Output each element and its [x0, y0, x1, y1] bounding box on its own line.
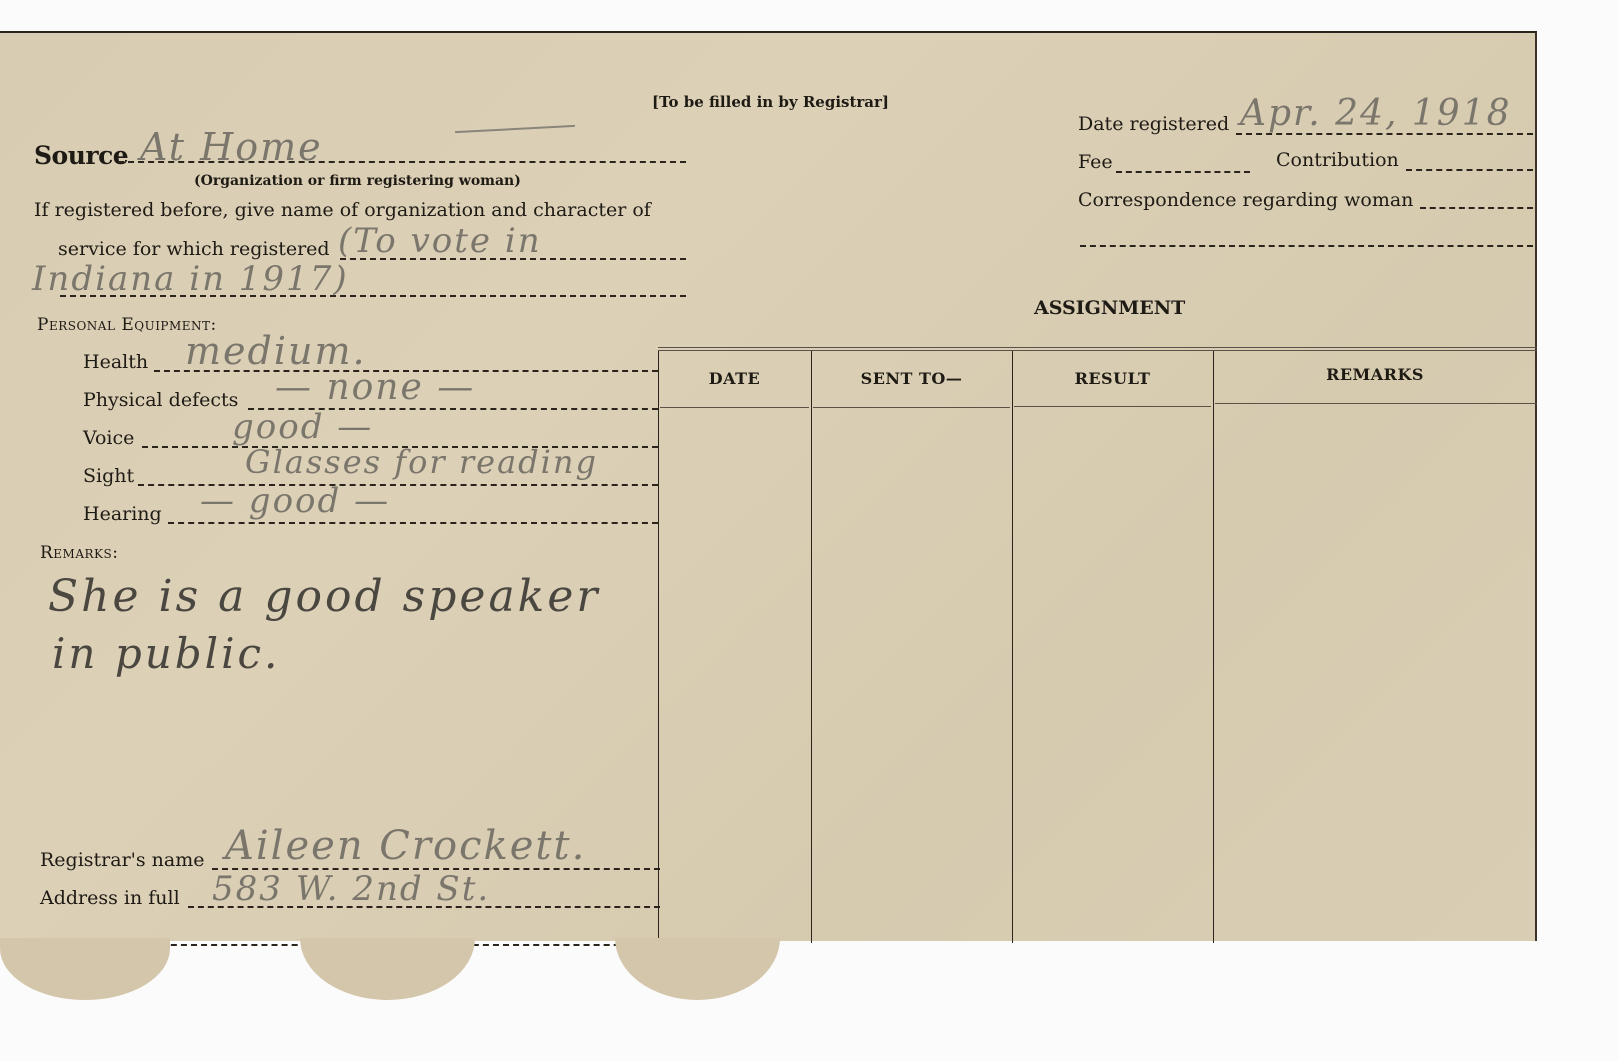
column-divider: [658, 351, 659, 943]
remarks-line-2[interactable]: in public.: [52, 629, 280, 678]
fee-line[interactable]: [1116, 171, 1250, 173]
column-header-sent-to: SENT TO—: [811, 369, 1012, 388]
voice-value[interactable]: good —: [232, 407, 373, 447]
result-cell[interactable]: [1014, 411, 1213, 931]
remarks-cell[interactable]: [1215, 411, 1537, 931]
source-strike: [455, 125, 575, 133]
fee-label: Fee: [1078, 151, 1113, 173]
sight-value[interactable]: Glasses for reading: [245, 443, 598, 481]
registration-card: [To be filled in by Registrar] Source At…: [0, 31, 1537, 941]
physical-defects-value[interactable]: — none —: [275, 367, 475, 408]
card-tab: [615, 938, 780, 1000]
header-rule: [660, 407, 809, 408]
column-header-date: DATE: [658, 369, 811, 388]
assignment-table: DATE SENT TO— RESULT REMARKS: [658, 347, 1537, 943]
correspondence-line-2[interactable]: [1080, 245, 1533, 247]
date-registered-value[interactable]: Apr. 24, 1918: [1240, 93, 1512, 134]
previous-registration-value-1[interactable]: (To vote in: [338, 221, 542, 261]
address-label: Address in full: [40, 887, 180, 909]
previous-registration-label-2: service for which registered: [58, 238, 330, 260]
correspondence-line-1[interactable]: [1420, 207, 1533, 209]
source-label: Source: [34, 141, 128, 170]
date-registered-label: Date registered: [1078, 113, 1229, 135]
assignment-title: ASSIGNMENT: [1034, 297, 1185, 319]
hearing-value[interactable]: — good —: [200, 481, 390, 521]
source-value[interactable]: At Home: [140, 125, 323, 169]
previous-registration-label-1: If registered before, give name of organ…: [34, 199, 651, 221]
source-caption: (Organization or firm registering woman): [194, 173, 521, 189]
date-cell[interactable]: [660, 411, 811, 931]
contribution-line[interactable]: [1406, 169, 1533, 171]
card-tab: [300, 938, 475, 1000]
column-header-remarks: REMARKS: [1213, 365, 1537, 384]
sight-label: Sight: [83, 465, 134, 487]
column-header-result: RESULT: [1012, 369, 1213, 388]
registrar-name-label: Registrar's name: [40, 849, 205, 871]
header-rule: [1215, 403, 1537, 404]
health-label: Health: [83, 351, 148, 373]
header-rule: [813, 407, 1010, 408]
remarks-heading: Remarks:: [40, 543, 118, 563]
remarks-line-1[interactable]: She is a good speaker: [48, 571, 600, 622]
contribution-label: Contribution: [1276, 149, 1399, 171]
header-rule: [1014, 406, 1211, 407]
voice-label: Voice: [83, 427, 134, 449]
previous-registration-value-2[interactable]: Indiana in 1917): [32, 259, 349, 299]
correspondence-label: Correspondence regarding woman: [1078, 189, 1413, 211]
sent-to-cell[interactable]: [813, 411, 1012, 931]
column-divider: [811, 351, 812, 943]
hearing-line: [168, 522, 658, 524]
registrar-instruction: [To be filled in by Registrar]: [652, 93, 889, 111]
address-value[interactable]: 583 W. 2nd St.: [212, 869, 490, 909]
physical-defects-label: Physical defects: [83, 389, 238, 411]
card-tab: [0, 938, 170, 1000]
registrar-name-value[interactable]: Aileen Crockett.: [225, 823, 586, 869]
hearing-label: Hearing: [83, 503, 162, 525]
column-divider: [1012, 351, 1013, 943]
column-divider: [1213, 351, 1214, 943]
